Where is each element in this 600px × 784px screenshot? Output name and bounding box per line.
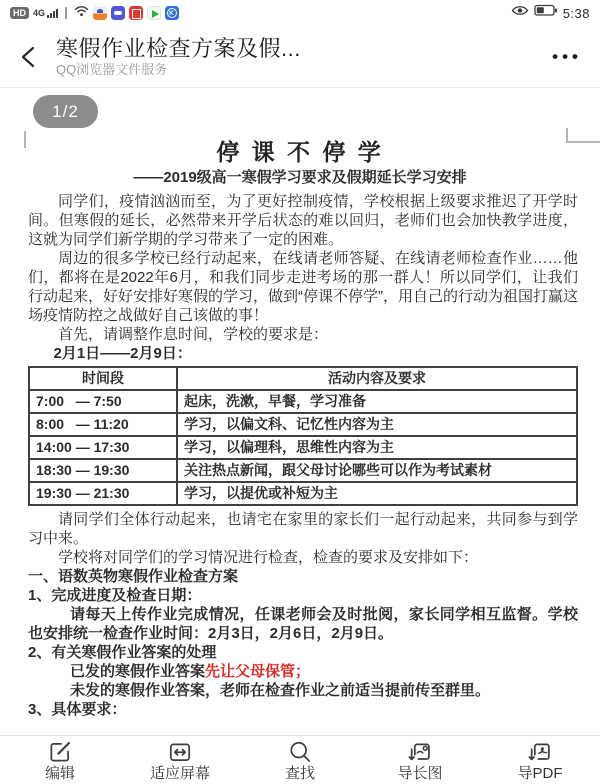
table-row: 14:00 — 17:30 学习，以偏理科，思维性内容为主: [29, 436, 577, 459]
export-pdf-icon: [527, 739, 553, 765]
table-row: 8:00 — 11:20 学习，以偏文科、记忆性内容为主: [29, 413, 577, 436]
export-long-image-button[interactable]: 导长图: [360, 736, 480, 784]
edit-label: 编辑: [45, 765, 75, 782]
activity-cell: 学习，以偏文科、记忆性内容为主: [177, 413, 577, 436]
activity-cell: 学习，以提优或补短为主: [177, 482, 577, 505]
section-heading: 一、语数英物寒假作业检查方案: [28, 567, 578, 586]
file-source: QQ浏览器文件服务: [56, 62, 544, 78]
wifi-icon: [74, 4, 89, 22]
export-long-image-icon: [407, 739, 433, 765]
header: 寒假作业检查方案及假... QQ浏览器文件服务 •••: [0, 26, 600, 88]
page-corner-mark-left: [24, 131, 26, 148]
export-pdf-label: 导PDF: [517, 765, 562, 782]
item-heading: 1、完成进度及检查日期：: [28, 586, 578, 605]
activity-cell: 起床，洗漱，早餐，学习准备: [177, 390, 577, 413]
paragraph: 周边的很多学校已经行动起来，在线请老师答疑、在线请老师检查作业……他们，都将在是…: [28, 249, 578, 325]
col-header-activity: 活动内容及要求: [177, 367, 577, 390]
status-bar-right: 5:38: [511, 4, 590, 22]
green-play-app-icon: [147, 6, 161, 20]
answer-handling-text: 已发的寒假作业答案: [70, 663, 205, 680]
table-row: 18:30 — 19:30 关注热点新闻，跟父母讨论哪些可以作为考试素材: [29, 459, 577, 482]
status-bar: HD 4G K: [0, 0, 600, 26]
sunrise-app-icon: [93, 6, 107, 20]
export-pdf-button[interactable]: 导PDF: [480, 736, 600, 784]
export-long-image-label: 导长图: [397, 765, 442, 782]
activity-cell: 学习，以偏理科，思维性内容为主: [177, 436, 577, 459]
col-header-time: 时间段: [29, 367, 177, 390]
k-circle-app-icon: K: [165, 6, 179, 20]
paragraph: 首先，请调整作息时间，学校的要求是：: [28, 325, 578, 344]
table-row: 19:30 — 21:30 学习，以提优或补短为主: [29, 482, 577, 505]
time-cell: 14:00 — 17:30: [29, 436, 177, 459]
paragraph: 已发的寒假作业答案先让父母保管；: [28, 662, 578, 681]
battery-icon: [534, 4, 558, 22]
chevron-left-icon: [18, 44, 40, 70]
eye-protection-icon: [511, 4, 529, 22]
time-cell: 8:00 — 11:20: [29, 413, 177, 436]
paragraph: 请每天上传作业完成情况，任课老师会及时批阅，家长同学相互监督。学校也安排统一检查…: [28, 605, 578, 643]
bottom-toolbar: 编辑 适应屏幕 查找 导长图 导PDF: [0, 735, 600, 784]
find-button[interactable]: 查找: [240, 736, 360, 784]
document-body: 同学们，疫情汹汹而至，为了更好控制疫情，学校根据上级要求推迟了开学时间。但寒假的…: [0, 188, 600, 719]
blue-square-app-icon: [111, 6, 125, 20]
clock-time: 5:38: [563, 6, 590, 21]
red-square-app-icon: [129, 6, 143, 20]
item-heading: 3、具体要求：: [28, 700, 578, 719]
fit-screen-icon: [167, 739, 193, 765]
page-indicator-badge: 1/2: [33, 95, 98, 128]
table-row: 7:00 — 7:50 起床，洗漱，早餐，学习准备: [29, 390, 577, 413]
back-button[interactable]: [14, 37, 44, 77]
file-title: 寒假作业检查方案及假...: [56, 35, 544, 62]
paragraph: 同学们，疫情汹汹而至，为了更好控制疫情，学校根据上级要求推迟了开学时间。但寒假的…: [28, 192, 578, 249]
answer-handling-red-text: 先让父母保管；: [205, 663, 310, 680]
time-cell: 19:30 — 21:30: [29, 482, 177, 505]
search-icon: [287, 739, 313, 765]
network-label: 4G: [33, 8, 45, 18]
status-bar-left: HD 4G K: [10, 4, 511, 22]
time-cell: 18:30 — 19:30: [29, 459, 177, 482]
edit-button[interactable]: 编辑: [0, 736, 120, 784]
edit-icon: [47, 739, 73, 765]
item-heading: 2、有关寒假作业答案的处理: [28, 643, 578, 662]
time-cell: 7:00 — 7:50: [29, 390, 177, 413]
fit-screen-label: 适应屏幕: [150, 765, 210, 782]
hd-badge: HD: [10, 7, 29, 19]
more-menu-button[interactable]: •••: [544, 41, 582, 73]
fit-screen-button[interactable]: 适应屏幕: [120, 736, 240, 784]
activity-cell: 关注热点新闻，跟父母讨论哪些可以作为考试素材: [177, 459, 577, 482]
page-corner-mark-right: [566, 128, 600, 143]
paragraph: 请同学们全体行动起来，也请宅在家里的家长们一起行动起来，共同参与到学习中来。: [28, 510, 578, 548]
header-text: 寒假作业检查方案及假... QQ浏览器文件服务: [56, 35, 544, 78]
date-range-heading: 2月1日——2月9日：: [28, 344, 578, 363]
paragraph: 学校将对同学们的学习情况进行检查，检查的要求及安排如下：: [28, 548, 578, 567]
paragraph: 未发的寒假作业答案，老师在检查作业之前适当提前传至群里。: [28, 681, 578, 700]
schedule-table: 时间段 活动内容及要求 7:00 — 7:50 起床，洗漱，早餐，学习准备 8:…: [28, 366, 578, 506]
sim-divider: [65, 7, 67, 19]
table-header-row: 时间段 活动内容及要求: [29, 367, 577, 390]
document-subtitle: ——2019级高一寒假学习要求及假期延长学习安排: [0, 168, 600, 188]
signal-strength-icon: 4G: [33, 8, 58, 18]
document-viewer[interactable]: 1/2 停 课 不 停 学 ——2019级高一寒假学习要求及假期延长学习安排 同…: [0, 88, 600, 735]
find-label: 查找: [285, 765, 315, 782]
